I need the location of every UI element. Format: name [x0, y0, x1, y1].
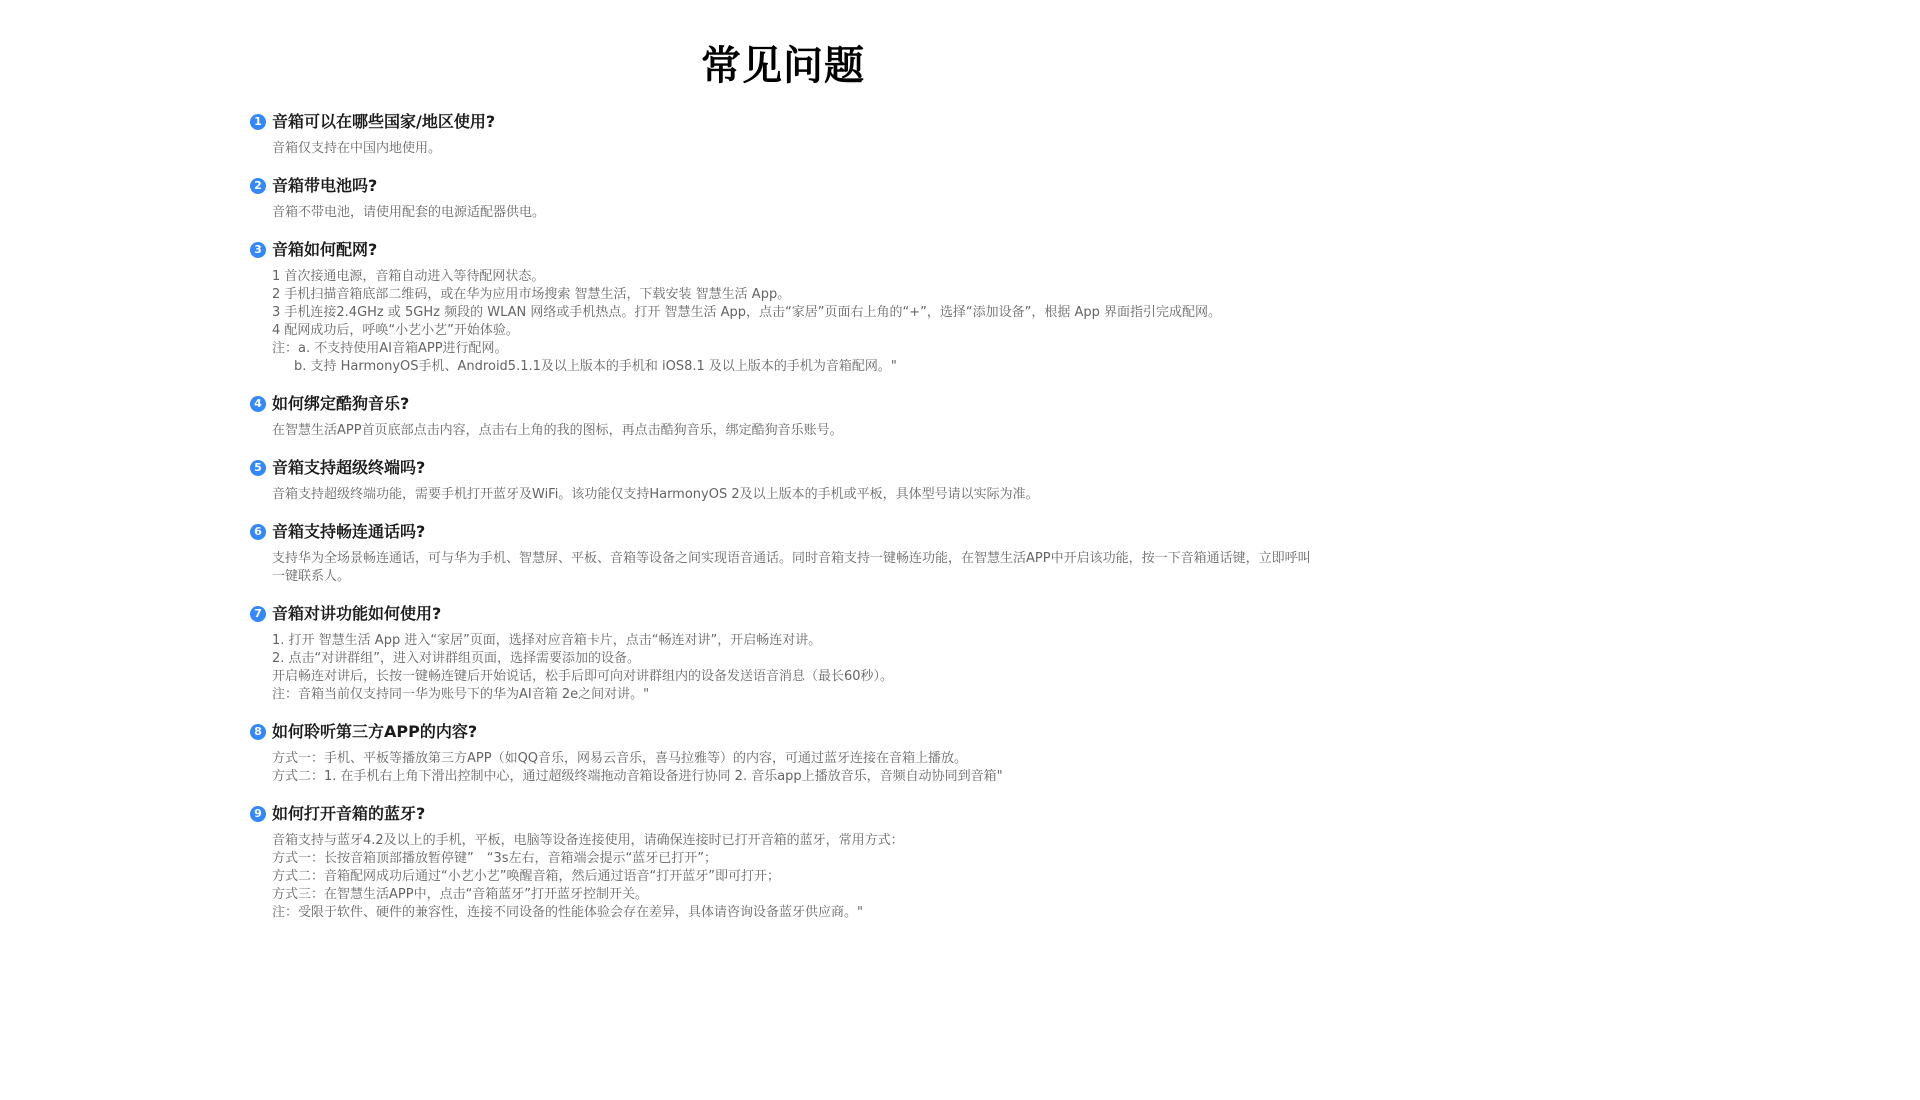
- faq-item-9: 9 如何打开音箱的蓝牙? 音箱支持与蓝牙4.2及以上的手机，平板，电脑等设备连接…: [250, 804, 1316, 922]
- faq-question-row: 6 音箱支持畅连通话吗?: [250, 522, 1316, 542]
- faq-answer-line: 方式二：1. 在手机右上角下滑出控制中心，通过超级终端拖动音箱设备进行协同 2.…: [272, 768, 1316, 786]
- faq-answer-line: 音箱仅支持在中国内地使用。: [272, 140, 1316, 158]
- faq-question: 音箱可以在哪些国家/地区使用?: [272, 112, 495, 132]
- faq-answer-line: 1. 打开 智慧生活 App 进入“家居”页面，选择对应音箱卡片，点击“畅连对讲…: [272, 632, 1316, 650]
- faq-answer-line: 音箱不带电池，请使用配套的电源适配器供电。: [272, 204, 1316, 222]
- question-number-badge: 1: [250, 114, 266, 130]
- faq-question: 如何聆听第三方APP的内容?: [272, 722, 477, 742]
- question-number-badge: 7: [250, 606, 266, 622]
- page-title: 常见问题: [250, 42, 1316, 90]
- faq-answers: 1. 打开 智慧生活 App 进入“家居”页面，选择对应音箱卡片，点击“畅连对讲…: [272, 632, 1316, 704]
- faq-question: 音箱支持超级终端吗?: [272, 458, 425, 478]
- faq-question: 音箱带电池吗?: [272, 176, 377, 196]
- faq-answer-line: 方式二：音箱配网成功后通过“小艺小艺”唤醒音箱，然后通过语音“打开蓝牙”即可打开…: [272, 868, 1316, 886]
- question-number-badge: 6: [250, 524, 266, 540]
- faq-answers: 1 首次接通电源，音箱自动进入等待配网状态。 2 手机扫描音箱底部二维码，或在华…: [272, 268, 1316, 376]
- faq-question-row: 3 音箱如何配网?: [250, 240, 1316, 260]
- faq-item-7: 7 音箱对讲功能如何使用? 1. 打开 智慧生活 App 进入“家居”页面，选择…: [250, 604, 1316, 704]
- faq-question-row: 2 音箱带电池吗?: [250, 176, 1316, 196]
- faq-question: 音箱如何配网?: [272, 240, 377, 260]
- question-number-badge: 8: [250, 724, 266, 740]
- faq-answer-line: 开启畅连对讲后，长按一键畅连键后开始说话，松手后即可向对讲群组内的设备发送语音消…: [272, 668, 1316, 686]
- faq-item-5: 5 音箱支持超级终端吗? 音箱支持超级终端功能，需要手机打开蓝牙及WiFi。该功…: [250, 458, 1316, 504]
- faq-page: 常见问题 1 音箱可以在哪些国家/地区使用? 音箱仅支持在中国内地使用。 2 音…: [250, 0, 1316, 922]
- faq-item-6: 6 音箱支持畅连通话吗? 支持华为全场景畅连通话，可与华为手机、智慧屏、平板、音…: [250, 522, 1316, 586]
- faq-answer-line: 方式一：长按音箱顶部播放暂停键” “3s左右，音箱端会提示“蓝牙已打开”；: [272, 850, 1316, 868]
- faq-item-8: 8 如何聆听第三方APP的内容? 方式一：手机、平板等播放第三方APP（如QQ音…: [250, 722, 1316, 786]
- faq-item-1: 1 音箱可以在哪些国家/地区使用? 音箱仅支持在中国内地使用。: [250, 112, 1316, 158]
- faq-answer-line: 2 手机扫描音箱底部二维码，或在华为应用市场搜索 智慧生活，下载安装 智慧生活 …: [272, 286, 1316, 304]
- question-number-badge: 9: [250, 806, 266, 822]
- faq-item-4: 4 如何绑定酷狗音乐? 在智慧生活APP首页底部点击内容，点击右上角的我的图标，…: [250, 394, 1316, 440]
- faq-question-row: 9 如何打开音箱的蓝牙?: [250, 804, 1316, 824]
- faq-answers: 方式一：手机、平板等播放第三方APP（如QQ音乐，网易云音乐，喜马拉雅等）的内容…: [272, 750, 1316, 786]
- faq-answers: 音箱不带电池，请使用配套的电源适配器供电。: [272, 204, 1316, 222]
- faq-answer-line: 注：受限于软件、硬件的兼容性，连接不同设备的性能体验会存在差异，具体请咨询设备蓝…: [272, 904, 1316, 922]
- faq-answer-line: 方式三：在智慧生活APP中，点击“音箱蓝牙”打开蓝牙控制开关。: [272, 886, 1316, 904]
- faq-answer-line: 注：音箱当前仅支持同一华为账号下的华为AI音箱 2e之间对讲。": [272, 686, 1316, 704]
- faq-answers: 音箱支持与蓝牙4.2及以上的手机，平板，电脑等设备连接使用，请确保连接时已打开音…: [272, 832, 1316, 922]
- faq-answer-line: 3 手机连接2.4GHz 或 5GHz 频段的 WLAN 网络或手机热点。打开 …: [272, 304, 1316, 322]
- faq-item-2: 2 音箱带电池吗? 音箱不带电池，请使用配套的电源适配器供电。: [250, 176, 1316, 222]
- faq-answer-line: 支持华为全场景畅连通话，可与华为手机、智慧屏、平板、音箱等设备之间实现语音通话。…: [272, 550, 1316, 586]
- faq-answer-line: 4 配网成功后，呼唤“小艺小艺”开始体验。: [272, 322, 1316, 340]
- faq-answer-line: 在智慧生活APP首页底部点击内容，点击右上角的我的图标，再点击酷狗音乐，绑定酷狗…: [272, 422, 1316, 440]
- faq-answers: 支持华为全场景畅连通话，可与华为手机、智慧屏、平板、音箱等设备之间实现语音通话。…: [272, 550, 1316, 586]
- faq-question-row: 1 音箱可以在哪些国家/地区使用?: [250, 112, 1316, 132]
- faq-question: 如何绑定酷狗音乐?: [272, 394, 409, 414]
- question-number-badge: 3: [250, 242, 266, 258]
- faq-question-row: 8 如何聆听第三方APP的内容?: [250, 722, 1316, 742]
- faq-answer-line: 方式一：手机、平板等播放第三方APP（如QQ音乐，网易云音乐，喜马拉雅等）的内容…: [272, 750, 1316, 768]
- question-number-badge: 4: [250, 396, 266, 412]
- faq-answer-line: 注：a. 不支持使用AI音箱APP进行配网。: [272, 340, 1316, 358]
- faq-answer-line: 音箱支持超级终端功能，需要手机打开蓝牙及WiFi。该功能仅支持HarmonyOS…: [272, 486, 1316, 504]
- faq-question-row: 7 音箱对讲功能如何使用?: [250, 604, 1316, 624]
- question-number-badge: 5: [250, 460, 266, 476]
- faq-question: 音箱支持畅连通话吗?: [272, 522, 425, 542]
- faq-answer-line: 1 首次接通电源，音箱自动进入等待配网状态。: [272, 268, 1316, 286]
- faq-answer-line: b. 支持 HarmonyOS手机、Android5.1.1及以上版本的手机和 …: [272, 358, 1316, 376]
- faq-question: 音箱对讲功能如何使用?: [272, 604, 441, 624]
- faq-item-3: 3 音箱如何配网? 1 首次接通电源，音箱自动进入等待配网状态。 2 手机扫描音…: [250, 240, 1316, 376]
- faq-answers: 在智慧生活APP首页底部点击内容，点击右上角的我的图标，再点击酷狗音乐，绑定酷狗…: [272, 422, 1316, 440]
- faq-question: 如何打开音箱的蓝牙?: [272, 804, 425, 824]
- question-number-badge: 2: [250, 178, 266, 194]
- faq-answers: 音箱仅支持在中国内地使用。: [272, 140, 1316, 158]
- faq-answer-line: 2. 点击“对讲群组”，进入对讲群组页面，选择需要添加的设备。: [272, 650, 1316, 668]
- faq-answer-line: 音箱支持与蓝牙4.2及以上的手机，平板，电脑等设备连接使用，请确保连接时已打开音…: [272, 832, 1316, 850]
- faq-question-row: 5 音箱支持超级终端吗?: [250, 458, 1316, 478]
- faq-answers: 音箱支持超级终端功能，需要手机打开蓝牙及WiFi。该功能仅支持HarmonyOS…: [272, 486, 1316, 504]
- faq-question-row: 4 如何绑定酷狗音乐?: [250, 394, 1316, 414]
